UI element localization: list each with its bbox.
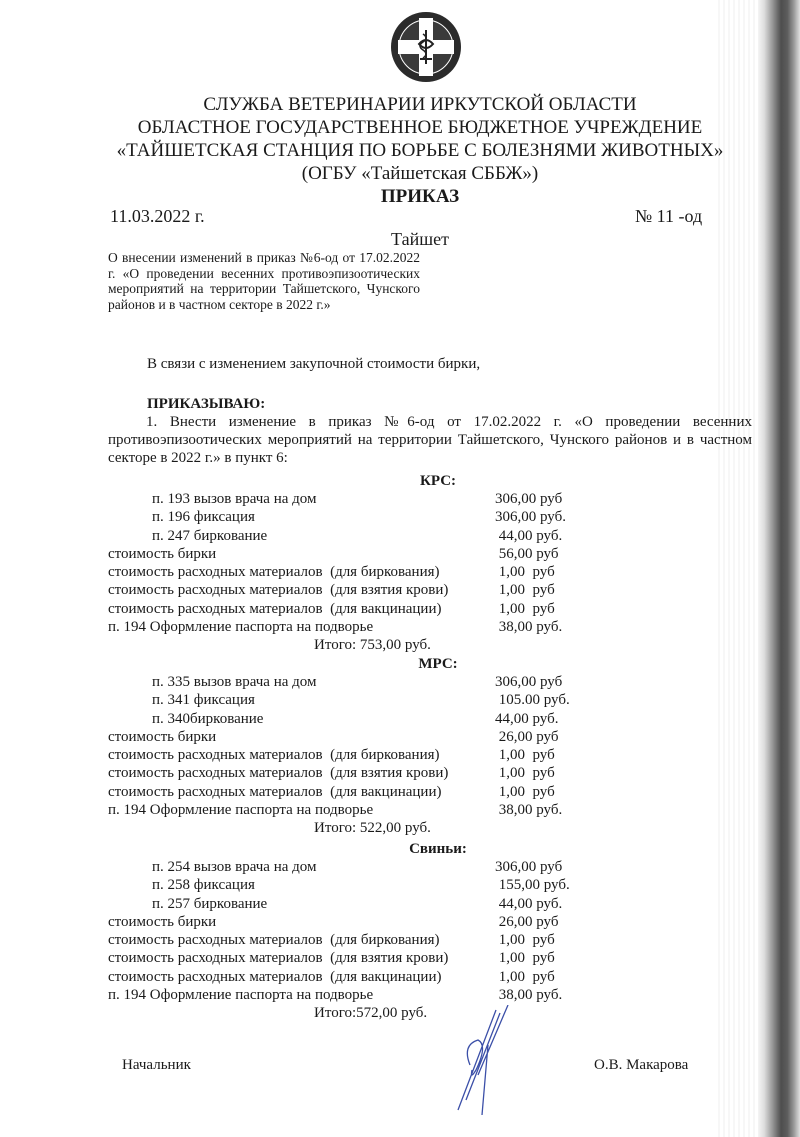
price-item-label: п. 257 биркование — [152, 895, 267, 913]
price-item-value: 306,00 руб — [495, 673, 562, 691]
price-row: стоимость расходных материалов (для вакц… — [108, 783, 708, 801]
price-row: п. 196 фиксация306,00 руб. — [108, 508, 708, 526]
header-institution-abbr: (ОГБУ «Тайшетская СББЖ») — [100, 163, 740, 185]
price-row: стоимость расходных материалов (для бирк… — [108, 931, 708, 949]
section-mrs: МРС:п. 335 вызов врача на дом306,00 рубп… — [108, 655, 708, 837]
price-item-value: 306,00 руб — [495, 858, 562, 876]
orders-heading: ПРИКАЗЫВАЮ: — [147, 396, 265, 413]
price-item-value: 44,00 руб. — [495, 710, 559, 728]
price-item-label: стоимость расходных материалов (для вакц… — [108, 968, 441, 986]
price-item-label: стоимость расходных материалов (для бирк… — [108, 563, 440, 581]
header-institution-name: «ТАЙШЕТСКАЯ СТАНЦИЯ ПО БОРЬБЕ С БОЛЕЗНЯМ… — [100, 140, 740, 162]
price-item-value: 44,00 руб. — [495, 895, 562, 913]
price-row: п. 258 фиксация 155,00 руб. — [108, 876, 708, 894]
price-item-value: 1,00 руб — [495, 581, 555, 599]
section-total: Итого: 522,00 руб. — [108, 819, 708, 837]
price-row: стоимость расходных материалов (для взят… — [108, 581, 708, 599]
header-service-name: СЛУЖБА ВЕТЕРИНАРИИ ИРКУТСКОЙ ОБЛАСТИ — [100, 94, 740, 116]
section-total: Итого:572,00 руб. — [108, 1004, 708, 1022]
price-row: стоимость бирки 26,00 руб — [108, 913, 708, 931]
order-reason: В связи с изменением закупочной стоимост… — [147, 356, 480, 373]
scan-edge-shadow — [758, 0, 800, 1137]
order-date: 11.03.2022 г. — [110, 206, 205, 227]
price-item-label: п. 254 вызов врача на дом — [152, 858, 316, 876]
section-total: Итого: 753,00 руб. — [108, 636, 708, 654]
price-item-value: 1,00 руб — [495, 746, 555, 764]
price-item-label: п. 194 Оформление паспорта на подворье — [108, 986, 373, 1004]
veterinary-emblem-icon — [389, 10, 463, 84]
price-item-label: стоимость бирки — [108, 728, 216, 746]
order-city: Тайшет — [100, 229, 740, 250]
price-item-label: п. 196 фиксация — [152, 508, 255, 526]
price-item-value: 38,00 руб. — [495, 986, 562, 1004]
order-subject: О внесении изменений в приказ №6-од от 1… — [108, 250, 420, 312]
price-row: п. 340биркование44,00 руб. — [108, 710, 708, 728]
signatory-role: Начальник — [122, 1057, 191, 1074]
price-item-value: 38,00 руб. — [495, 618, 562, 636]
price-item-label: п. 194 Оформление паспорта на подворье — [108, 801, 373, 819]
price-item-label: стоимость расходных материалов (для бирк… — [108, 746, 440, 764]
price-row: стоимость расходных материалов (для взят… — [108, 764, 708, 782]
section-title: КРС: — [108, 472, 768, 490]
header-institution-type: ОБЛАСТНОЕ ГОСУДАРСТВЕННОЕ БЮДЖЕТНОЕ УЧРЕ… — [100, 117, 740, 139]
price-row: п. 194 Оформление паспорта на подворье 3… — [108, 801, 708, 819]
price-item-value: 1,00 руб — [495, 949, 555, 967]
price-item-value: 1,00 руб — [495, 783, 555, 801]
price-row: п. 194 Оформление паспорта на подворье 3… — [108, 618, 708, 636]
price-item-label: п. 258 фиксация — [152, 876, 255, 894]
price-item-value: 56,00 руб — [495, 545, 559, 563]
price-row: стоимость расходных материалов (для вакц… — [108, 968, 708, 986]
section-title: Свиньи: — [108, 840, 768, 858]
handwritten-signature — [448, 1005, 528, 1115]
price-row: п. 254 вызов врача на дом306,00 руб — [108, 858, 708, 876]
price-item-value: 155,00 руб. — [495, 876, 570, 894]
price-item-value: 1,00 руб — [495, 764, 555, 782]
price-row: стоимость расходных материалов (для вакц… — [108, 600, 708, 618]
price-row: стоимость бирки 56,00 руб — [108, 545, 708, 563]
price-item-value: 1,00 руб — [495, 931, 555, 949]
price-row: п. 341 фиксация 105.00 руб. — [108, 691, 708, 709]
price-item-label: п. 335 вызов врача на дом — [152, 673, 316, 691]
section-pigs: Свиньи:п. 254 вызов врача на дом306,00 р… — [108, 840, 708, 1022]
price-row: п. 194 Оформление паспорта на подворье 3… — [108, 986, 708, 1004]
price-row: п. 193 вызов врача на дом306,00 руб — [108, 490, 708, 508]
price-item-value: 1,00 руб — [495, 600, 555, 618]
price-item-label: п. 340биркование — [152, 710, 263, 728]
price-item-label: стоимость расходных материалов (для бирк… — [108, 931, 440, 949]
signatory-name: О.В. Макарова — [594, 1057, 688, 1074]
price-item-label: п. 194 Оформление паспорта на подворье — [108, 618, 373, 636]
price-item-value: 1,00 руб — [495, 968, 555, 986]
price-item-label: стоимость расходных материалов (для взят… — [108, 949, 448, 967]
price-item-value: 306,00 руб. — [495, 508, 566, 526]
price-row: п. 247 биркование 44,00 руб. — [108, 527, 708, 545]
price-row: стоимость расходных материалов (для взят… — [108, 949, 708, 967]
price-item-value: 1,00 руб — [495, 563, 555, 581]
order-paragraph-1: 1. Внести изменение в приказ №6-од от 17… — [108, 413, 752, 467]
section-title: МРС: — [108, 655, 768, 673]
price-row: стоимость бирки 26,00 руб — [108, 728, 708, 746]
price-item-value: 44,00 руб. — [495, 527, 562, 545]
document-title: ПРИКАЗ — [100, 186, 740, 208]
price-item-label: стоимость расходных материалов (для вакц… — [108, 600, 441, 618]
price-row: п. 335 вызов врача на дом306,00 руб — [108, 673, 708, 691]
price-item-value: 306,00 руб — [495, 490, 562, 508]
section-krs: КРС:п. 193 вызов врача на дом306,00 рубп… — [108, 472, 708, 654]
price-item-label: стоимость расходных материалов (для вакц… — [108, 783, 441, 801]
price-item-value: 105.00 руб. — [495, 691, 570, 709]
price-row: стоимость расходных материалов (для бирк… — [108, 746, 708, 764]
price-row: п. 257 биркование 44,00 руб. — [108, 895, 708, 913]
price-row: стоимость расходных материалов (для бирк… — [108, 563, 708, 581]
price-item-label: стоимость бирки — [108, 545, 216, 563]
price-item-label: стоимость расходных материалов (для взят… — [108, 764, 448, 782]
price-item-value: 26,00 руб — [495, 913, 559, 931]
price-item-label: п. 341 фиксация — [152, 691, 255, 709]
price-item-label: п. 247 биркование — [152, 527, 267, 545]
price-item-label: п. 193 вызов врача на дом — [152, 490, 316, 508]
price-item-label: стоимость расходных материалов (для взят… — [108, 581, 448, 599]
price-item-label: стоимость бирки — [108, 913, 216, 931]
price-item-value: 38,00 руб. — [495, 801, 562, 819]
order-number: № 11 -од — [635, 206, 702, 227]
price-item-value: 26,00 руб — [495, 728, 559, 746]
